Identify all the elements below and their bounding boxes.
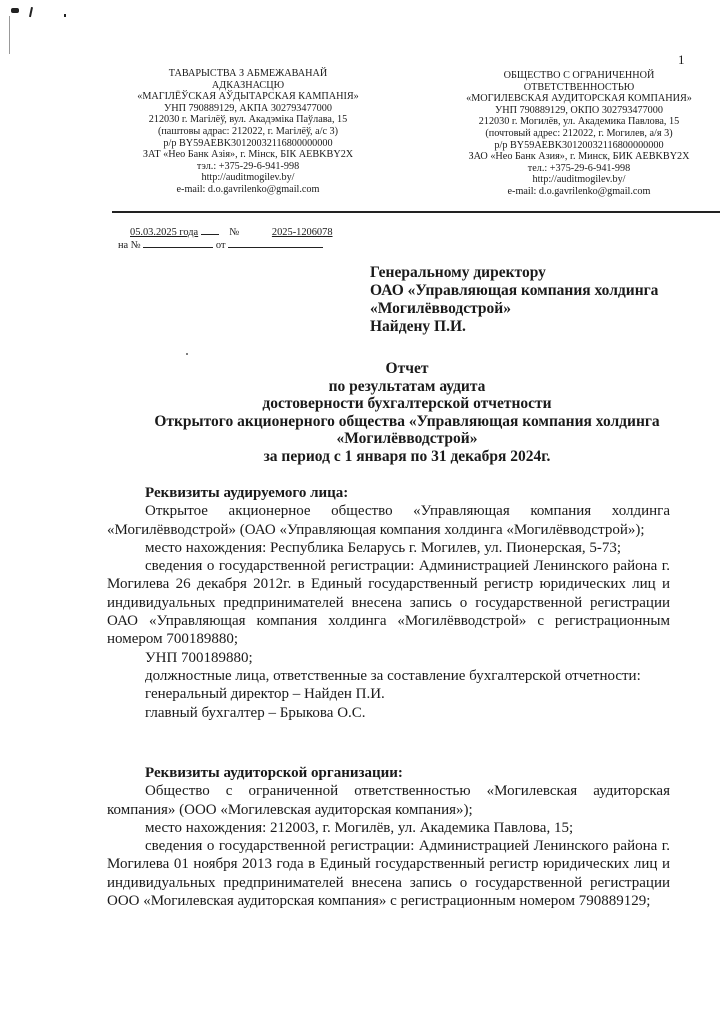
- scan-artifact-mark: [9, 16, 10, 54]
- scan-artifact-mark: [29, 7, 33, 17]
- page-number: 1: [678, 52, 685, 68]
- chief-accountant: главный бухгалтер – Брыкова О.С.: [107, 704, 670, 722]
- section-heading: Реквизиты аудиторской организации:: [107, 764, 670, 782]
- firm-registration: сведения о государственной регистрации: …: [107, 837, 670, 910]
- document-title: Отчет по результатам аудита достоверност…: [112, 360, 702, 466]
- incoming-reference: на № от: [118, 237, 323, 251]
- outgoing-reference: 05.03.2025 года № 2025-1206078: [118, 224, 333, 238]
- scan-artifact-mark: [64, 14, 66, 17]
- audit-firm-section: Реквизиты аудиторской организации: Общес…: [107, 764, 670, 910]
- scan-artifact-dot: [186, 353, 188, 355]
- entity-registration: сведения о государственной регистрации: …: [107, 557, 670, 648]
- letterhead-belarusian: ТАВАРЫСТВА З АБМЕЖАВАНАЙ АДКАЗНАСЦЮ «МАГ…: [118, 68, 378, 196]
- in-reply-label: на №: [118, 240, 141, 251]
- scan-artifact-mark: [11, 8, 19, 13]
- section-heading: Реквизиты аудируемого лица:: [107, 484, 670, 502]
- audited-entity-section: Реквизиты аудируемого лица: Открытое акц…: [107, 484, 670, 722]
- firm-name: Общество с ограниченной ответственностью…: [107, 782, 670, 819]
- document-page: 1 ТАВАРЫСТВА З АБМЕЖАВАНАЙ АДКАЗНАСЦЮ «М…: [0, 0, 724, 1024]
- entity-unp: УНП 700189880;: [107, 649, 670, 667]
- officials-intro: должностные лица, ответственные за соста…: [107, 667, 670, 685]
- entity-location: место нахождения: Республика Беларусь г.…: [107, 539, 670, 557]
- general-director: генеральный директор – Найден П.И.: [107, 685, 670, 703]
- letterhead-divider: [112, 211, 720, 213]
- from-label: от: [216, 240, 226, 251]
- letterhead-russian: ОБЩЕСТВО С ОГРАНИЧЕННОЙ ОТВЕТСТВЕННОСТЬЮ…: [444, 70, 714, 198]
- firm-location: место нахождения: 212003, г. Могилёв, ул…: [107, 819, 670, 837]
- addressee-block: Генеральному директору ОАО «Управляющая …: [370, 264, 658, 336]
- entity-name: Открытое акционерное общество «Управляющ…: [107, 502, 670, 539]
